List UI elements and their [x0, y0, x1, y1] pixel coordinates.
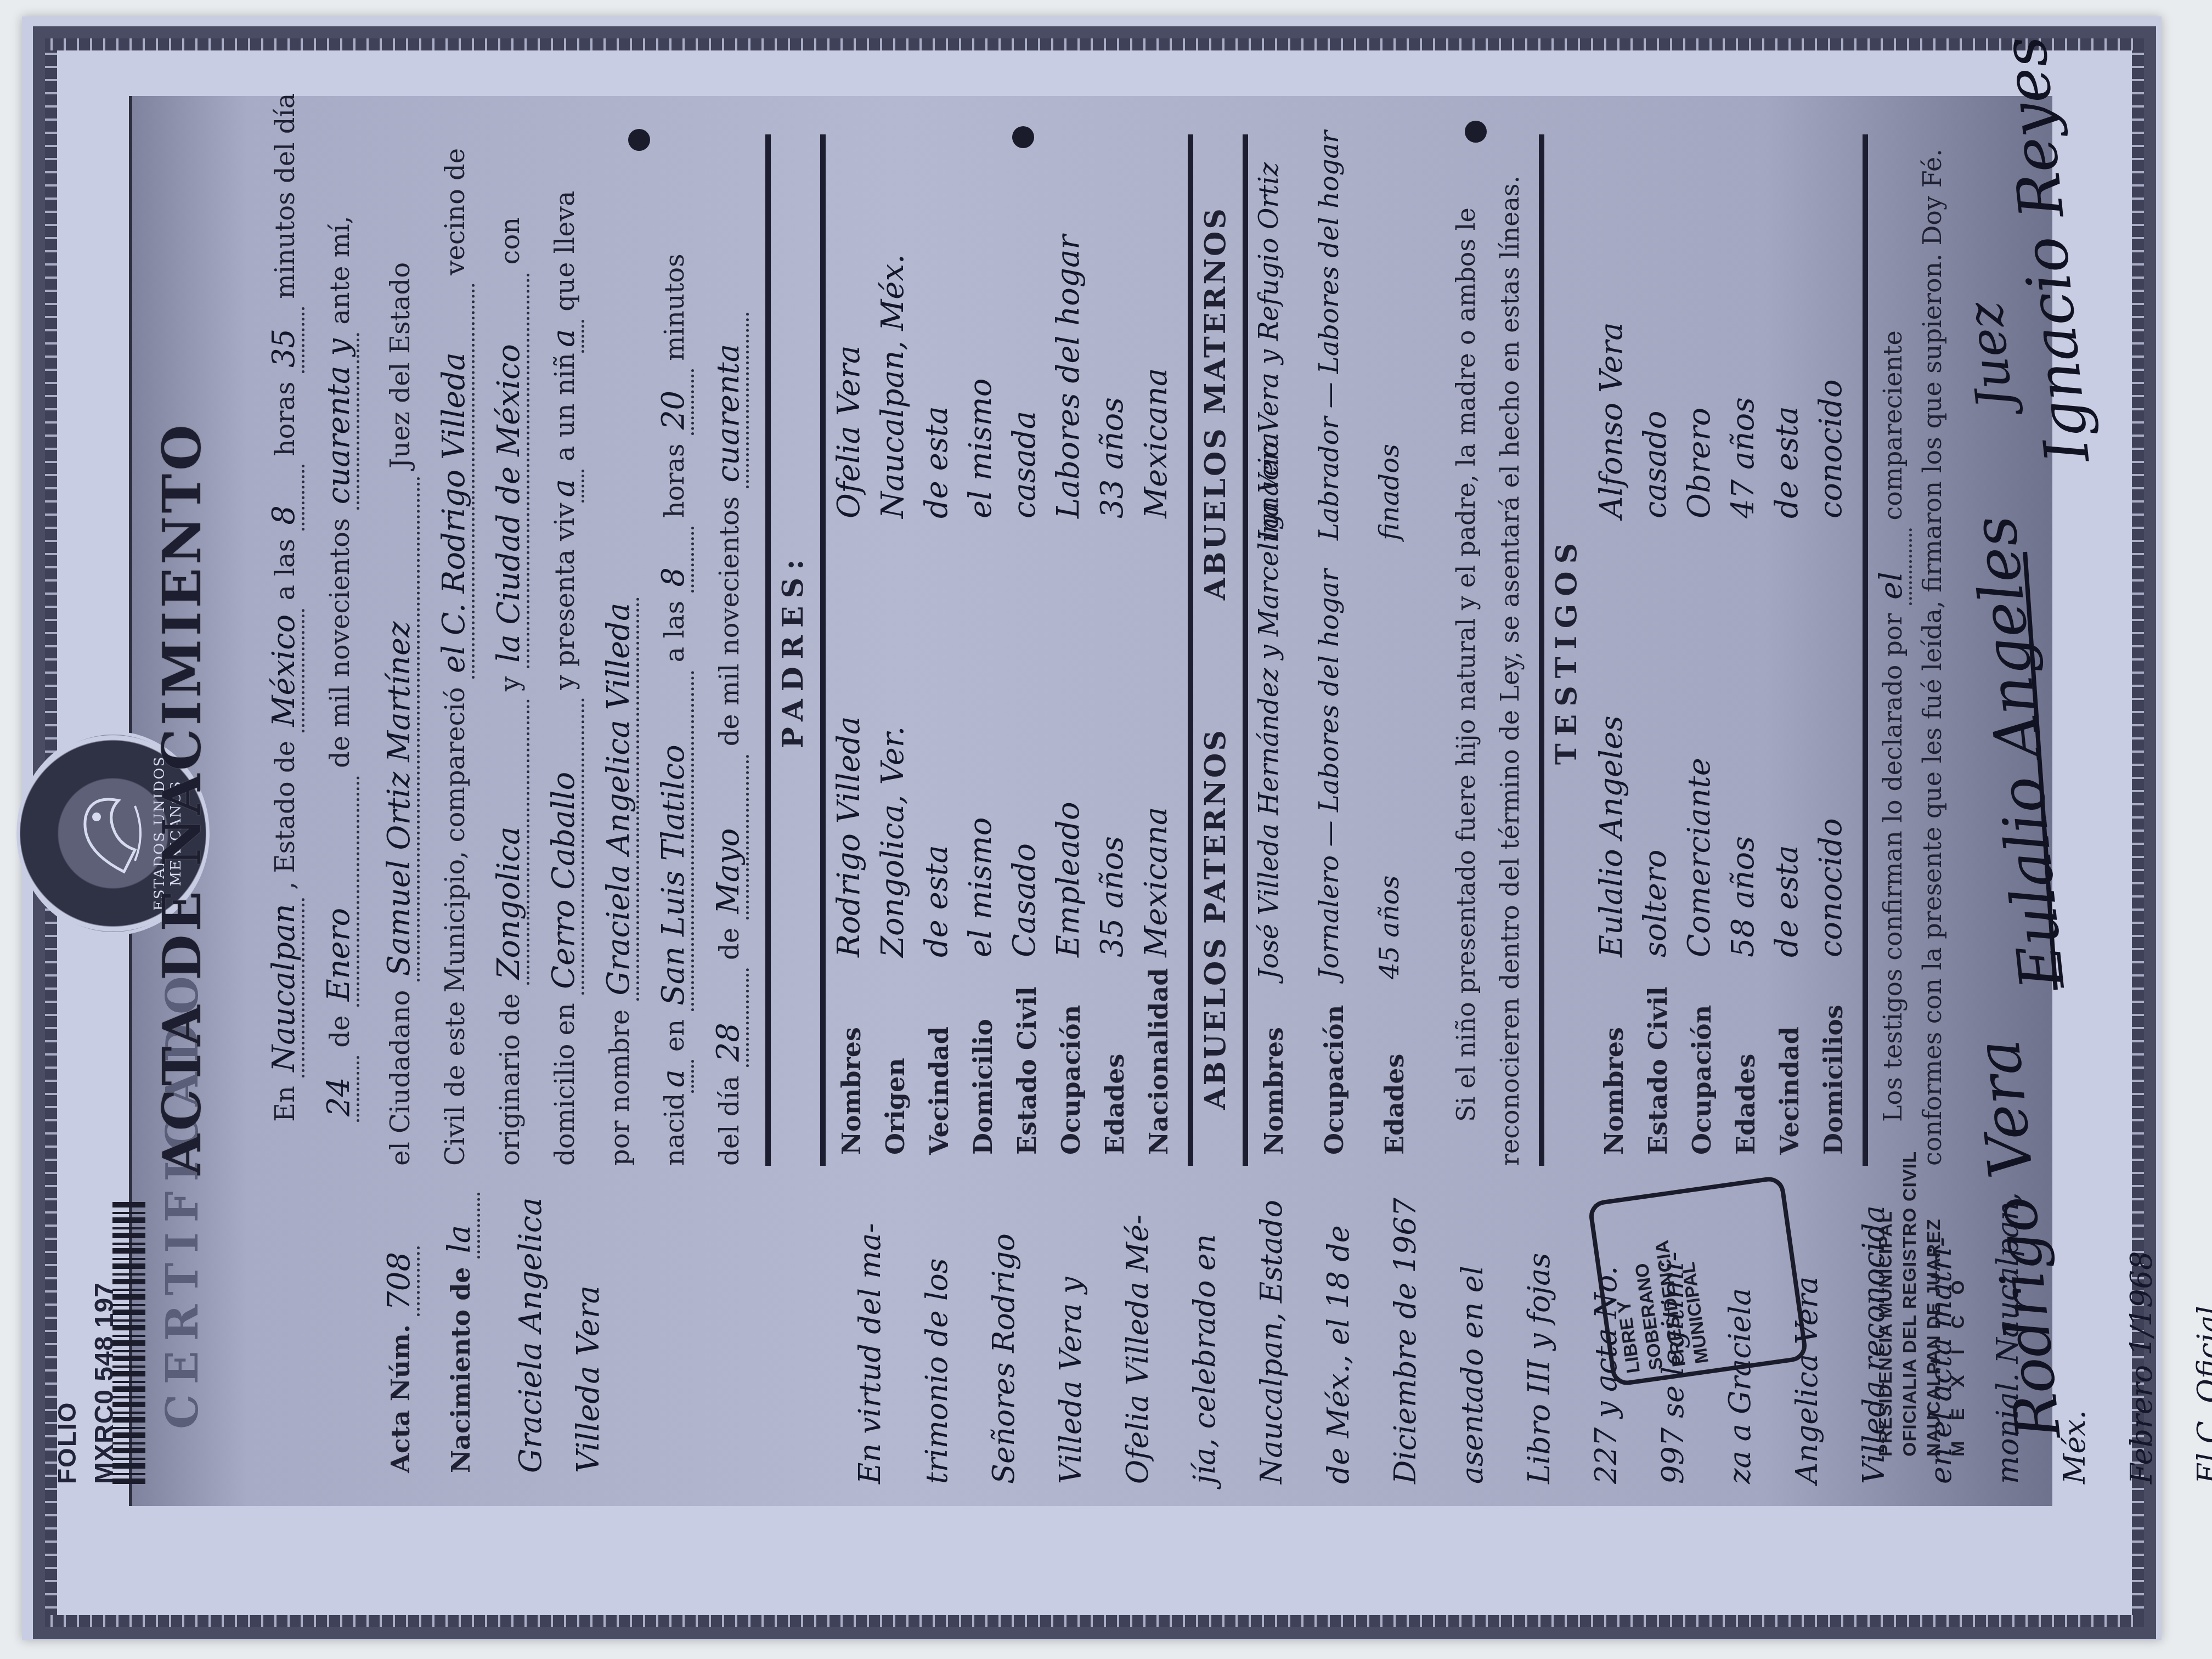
testigos-label-estado-civil: Estado Civil — [1643, 986, 1673, 1155]
section-rule — [765, 134, 771, 1166]
intro-line-2: 24 de Enero de mil novecientos cuarenta … — [321, 216, 359, 1122]
civil-registry-stamp: PRESIDENCIA MUNICIPAL OFICIALIA DEL REGI… — [1874, 1151, 1970, 1457]
testigos-label-nombres: Nombres — [1599, 1027, 1629, 1155]
section-rule — [820, 134, 826, 1166]
section-rule — [1188, 134, 1193, 1166]
witness2-domicilio: conocido — [1813, 379, 1849, 518]
intro-line-7b: nacida en San Luis Tlatilco a las 8 hora… — [656, 253, 694, 1166]
abuelos-maternos-heading: ABUELOS MATERNOS — [1199, 156, 1232, 650]
padres-heading: PADRES: — [776, 134, 810, 1166]
abuelos-label-nombres: Nombres — [1259, 1027, 1289, 1155]
folio-label: FOLIO — [52, 1282, 82, 1484]
padres-label-vecindad: Vecindad — [924, 1026, 954, 1155]
padres-label-domicilio: Domicilio — [968, 1019, 998, 1155]
witness2-name: Alfonso Vera — [1594, 322, 1629, 518]
father-nacionalidad: Mexicana — [1138, 807, 1174, 957]
intro-line-1: En Naucalpan , Estado de México a las 8 … — [266, 93, 304, 1122]
mother-estado-civil: casada — [1007, 411, 1042, 518]
mother-edad: 33 años — [1094, 397, 1130, 518]
father-name: Rodrigo Villeda — [831, 716, 867, 957]
nacimiento-de-row: Nacimiento de la — [442, 1166, 480, 1473]
witness1-ocupacion: Comerciante — [1681, 758, 1717, 957]
birth-certificate-document: FOLIO MXRC0 548 197 ESTADOS UNIDOS MEXIC… — [129, 96, 2049, 1506]
father-estado-civil: Casado — [1007, 843, 1042, 957]
mother-vecindad: de esta — [919, 406, 955, 518]
nacimiento-de-value: la — [442, 1193, 480, 1259]
registrant-name-line-1: Graciela Angelica — [513, 1166, 549, 1473]
witness2-edad: 47 años — [1725, 397, 1761, 518]
registrant-name-line-2: Villeda Vera — [571, 1166, 606, 1473]
abuelos-maternos-edades: finados — [1374, 444, 1405, 540]
folio-block: FOLIO MXRC0 548 197 — [52, 1282, 120, 1484]
acta-number-value: 708 — [381, 1246, 420, 1316]
testigos-label-edades: Edades — [1731, 1054, 1760, 1155]
witness1-estado-civil: soltero — [1638, 850, 1673, 958]
padres-label-edades: Edades — [1100, 1054, 1130, 1155]
mother-ocupacion: Labores del hogar — [1051, 235, 1086, 518]
father-edad: 35 años — [1094, 836, 1130, 957]
abuelos-maternos-nombres: Ignacio Vera y Refugio Ortiz — [1254, 162, 1284, 540]
mother-domicilio: el mismo — [963, 379, 998, 518]
intro-line-4: Civil de este Municipio, compareció el C… — [436, 148, 475, 1166]
document-title: ACTA DE NACIMIENTO — [151, 167, 213, 1429]
legal-text-line-1: Si el niño presentado fuere hijo natural… — [1451, 207, 1481, 1122]
intro-line-5: originario de Zongolica y la Ciudad de M… — [491, 217, 529, 1166]
acta-number-row: Acta Núm. 708 — [381, 1166, 420, 1473]
testigos-label-ocupacion: Ocupación — [1687, 1005, 1717, 1155]
abuelos-paternos-edades: 45 años — [1374, 876, 1405, 979]
mother-nacionalidad: Mexicana — [1138, 368, 1174, 518]
witness1-vecindad: de esta — [1769, 845, 1805, 957]
padres-label-nombres: Nombres — [837, 1027, 866, 1155]
witness1-domicilio: conocido — [1813, 818, 1849, 957]
mother-origin: Naucalpan, Méx. — [875, 254, 911, 518]
closing-line-1: Los testigos confirman lo declarado por … — [1874, 330, 1912, 1122]
eagle-emblem-icon — [58, 784, 151, 883]
abuelos-maternos-ocupacion: Labrador — Labores del hogar — [1314, 131, 1345, 540]
padres-label-origen: Origen — [881, 1058, 910, 1155]
section-rule — [1863, 134, 1868, 1166]
padres-label-ocupacion: Ocupación — [1056, 1005, 1086, 1155]
intro-line-6: domicilio en Cerro Caballo y presenta vi… — [546, 191, 584, 1166]
abuelos-paternos-heading: ABUELOS PATERNOS — [1199, 672, 1232, 1166]
barcode — [112, 1199, 145, 1484]
testigos-heading: TESTIGOS — [1550, 134, 1583, 1166]
abuelos-label-ocupacion: Ocupación — [1319, 1005, 1349, 1155]
signature-right-top: Juez — [1956, 299, 2024, 411]
abuelos-paternos-ocupacion: Jornalero — Labores del hogar — [1314, 569, 1345, 979]
intro-line-8: del día 28 de Mayo de mil novecientos cu… — [710, 313, 749, 1166]
testigos-label-domicilios: Domicilios — [1819, 1005, 1848, 1155]
section-rule — [1243, 134, 1248, 1166]
intro-line-3: el Ciudadano Samuel Ortiz Martínez Juez … — [381, 262, 420, 1166]
father-domicilio: el mismo — [963, 817, 998, 957]
header-left-column: Acta Núm. 708 Nacimiento de la Graciela … — [261, 1166, 606, 1473]
intro-line-7: por nombre Graciela Angelica Villeda — [601, 597, 639, 1166]
father-ocupacion: Empleado — [1051, 802, 1086, 957]
father-vecindad: de esta — [919, 845, 955, 957]
witness2-estado-civil: casado — [1638, 411, 1673, 518]
municipal-seal-stamp: LIBRE Y SOBERANO PRESIDENCIA MUNICIPAL — [1587, 1175, 1809, 1387]
section-rule — [1539, 134, 1544, 1166]
legal-text-line-2: reconocieren dentro del término de Ley, … — [1495, 176, 1525, 1166]
closing-line-2: conformes con la presente que les fué le… — [1917, 149, 1947, 1166]
witness1-name: Eulalio Angeles — [1594, 715, 1629, 957]
father-origin: Zongolica, Ver. — [875, 726, 911, 957]
witness2-ocupacion: Obrero — [1681, 408, 1717, 518]
abuelos-label-edades: Edades — [1380, 1054, 1409, 1155]
witness1-edad: 58 años — [1725, 836, 1761, 957]
padres-label-nacionalidad: Nacionalidad — [1144, 968, 1173, 1155]
testigos-label-vecindad: Vecindad — [1775, 1026, 1804, 1155]
mother-name: Ofelia Vera — [831, 346, 867, 518]
witness2-vecindad: de esta — [1769, 406, 1805, 518]
padres-label-estado-civil: Estado Civil — [1012, 986, 1042, 1155]
